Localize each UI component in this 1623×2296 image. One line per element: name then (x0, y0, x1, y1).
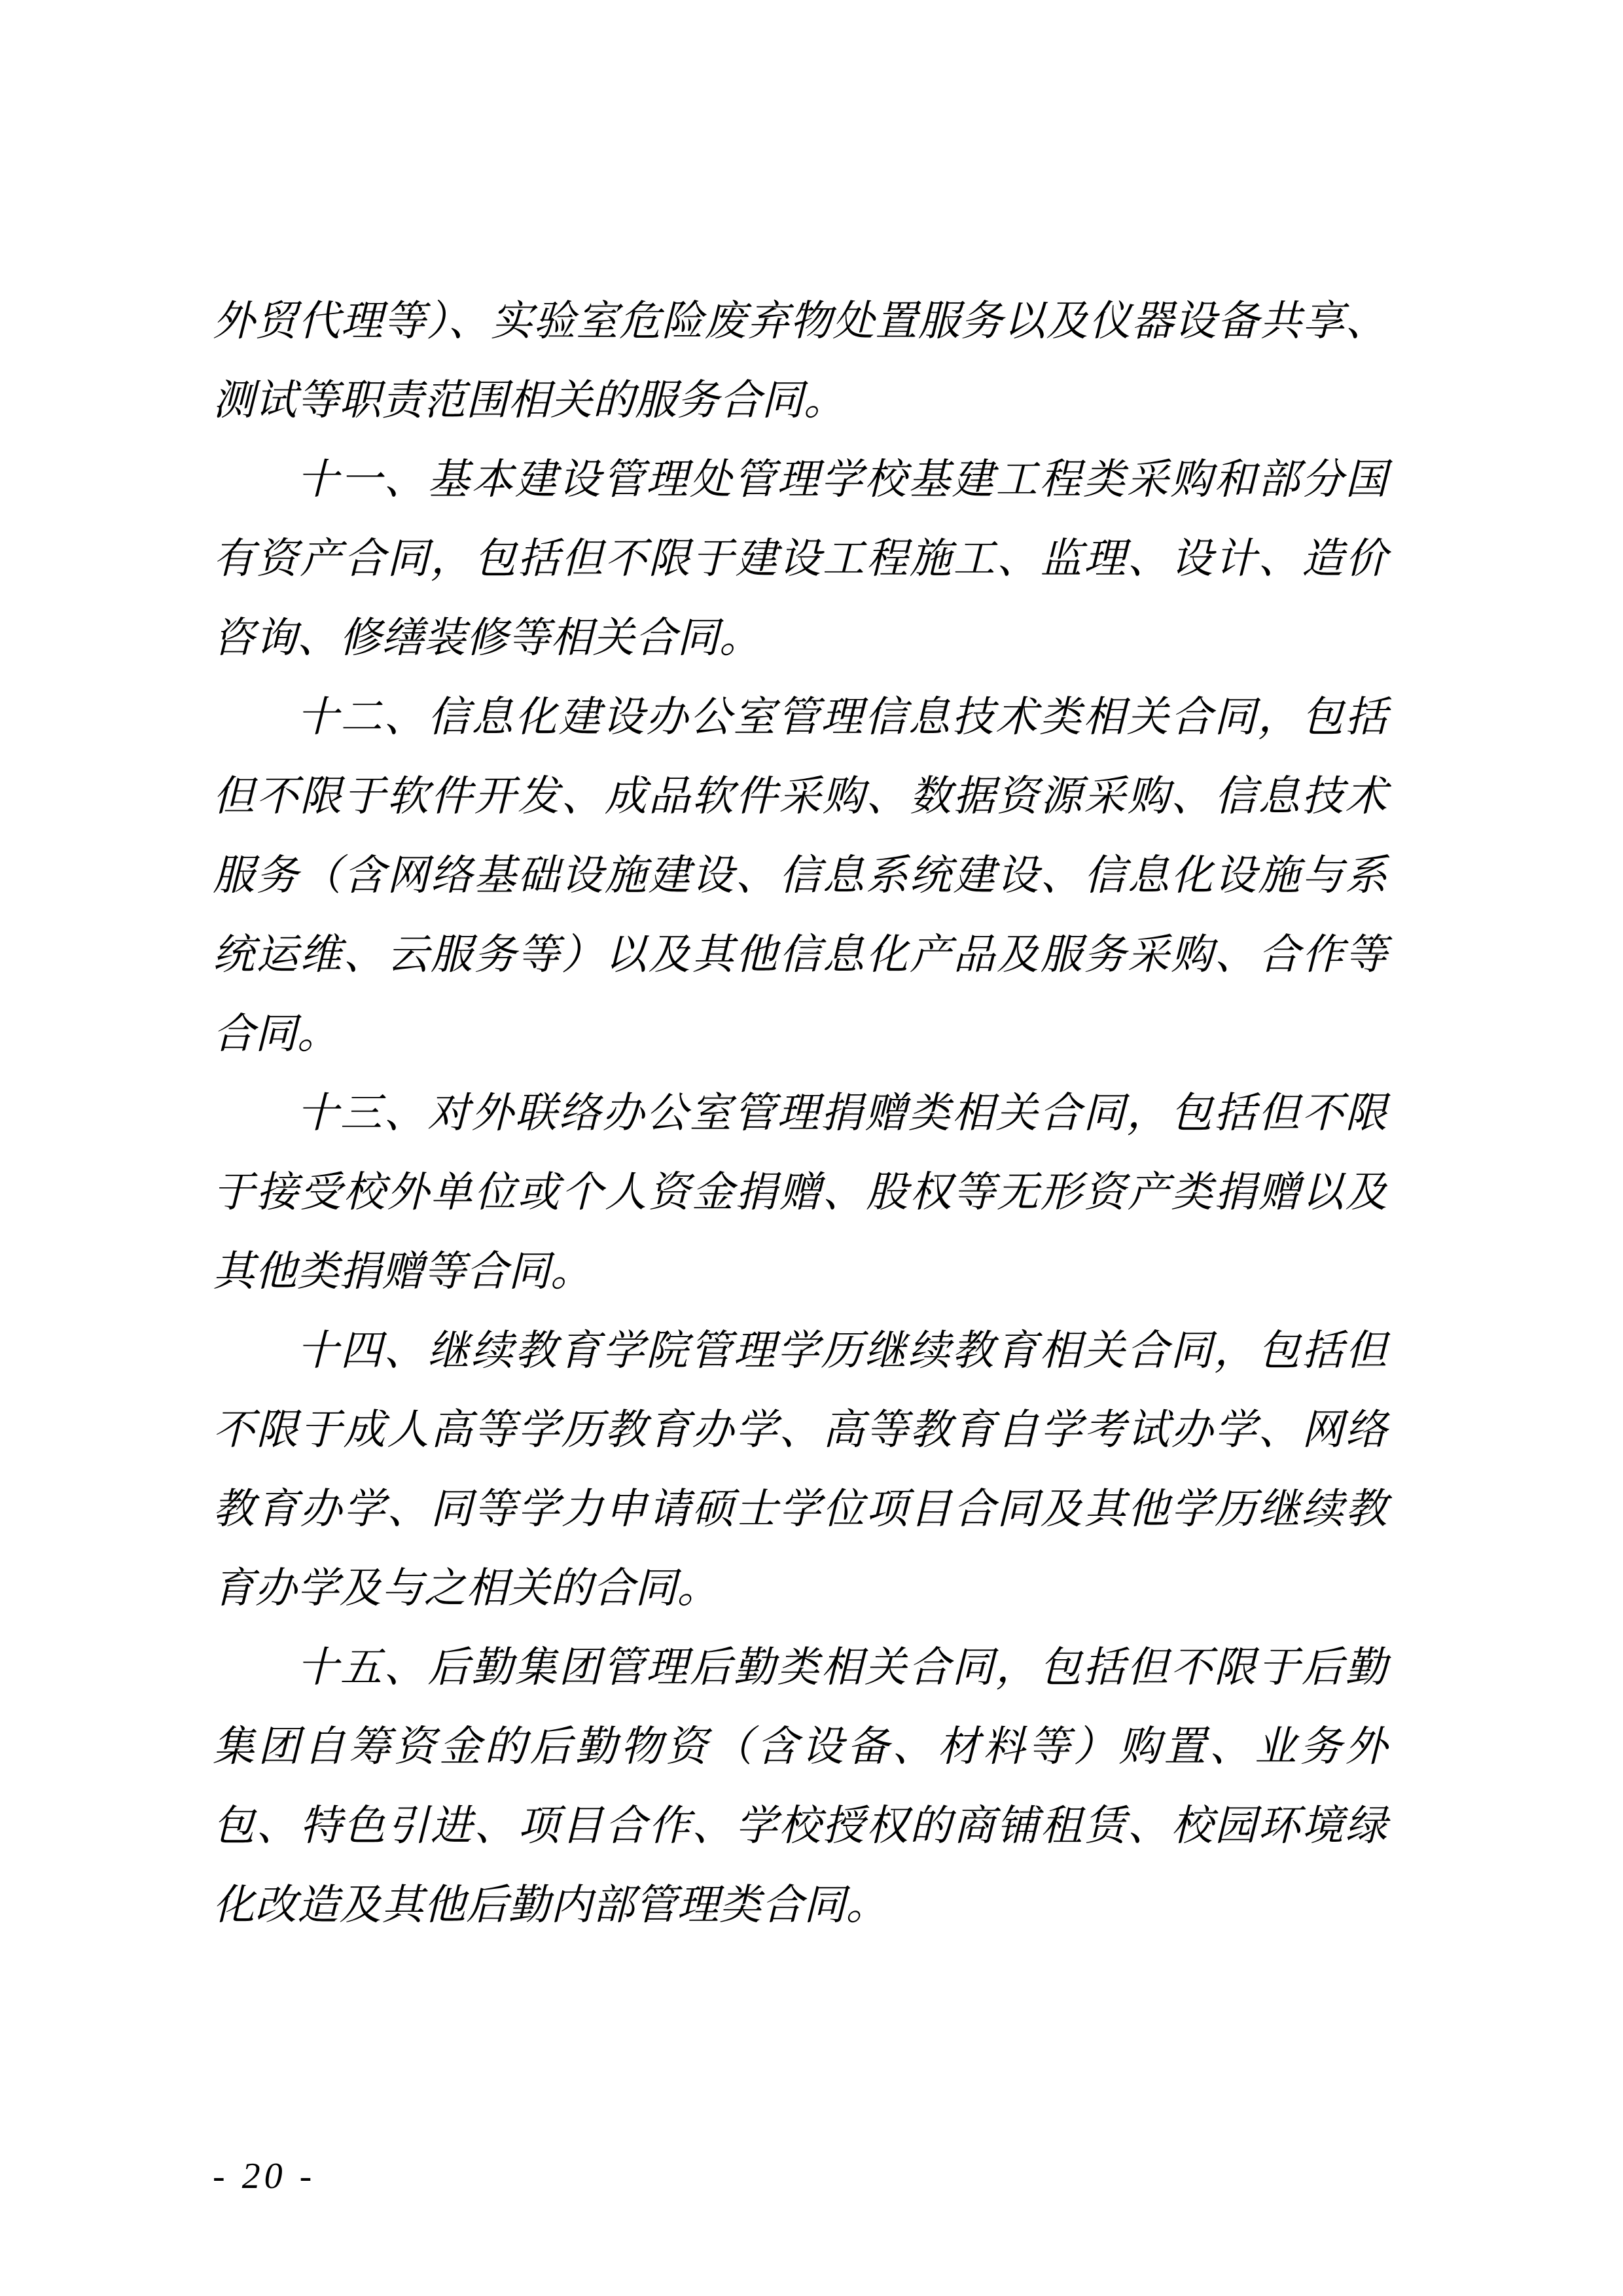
paragraph-continued: 外贸代理等）、实验室危险废弃物处置服务以及仪器设备共享、测试等职责范围相关的服务… (213, 281, 1387, 440)
paragraph-item-11: 十一、基本建设管理处管理学校基建工程类采购和部分国有资产合同，包括但不限于建设工… (213, 440, 1387, 677)
paragraph-item-12: 十二、信息化建设办公室管理信息技术类相关合同，包括但不限于软件开发、成品软件采购… (213, 677, 1387, 1073)
document-page: 外贸代理等）、实验室危险废弃物处置服务以及仪器设备共享、测试等职责范围相关的服务… (0, 0, 1623, 2296)
paragraph-item-15: 十五、后勤集团管理后勤类相关合同，包括但不限于后勤集团自筹资金的后勤物资（含设备… (213, 1628, 1387, 1945)
page-number: - 20 - (213, 2156, 315, 2197)
paragraph-item-14: 十四、继续教育学院管理学历继续教育相关合同，包括但不限于成人高等学历教育办学、高… (213, 1311, 1387, 1628)
paragraph-item-13: 十三、对外联络办公室管理捐赠类相关合同，包括但不限于接受校外单位或个人资金捐赠、… (213, 1073, 1387, 1311)
document-body-text: 外贸代理等）、实验室危险废弃物处置服务以及仪器设备共享、测试等职责范围相关的服务… (213, 281, 1387, 1945)
